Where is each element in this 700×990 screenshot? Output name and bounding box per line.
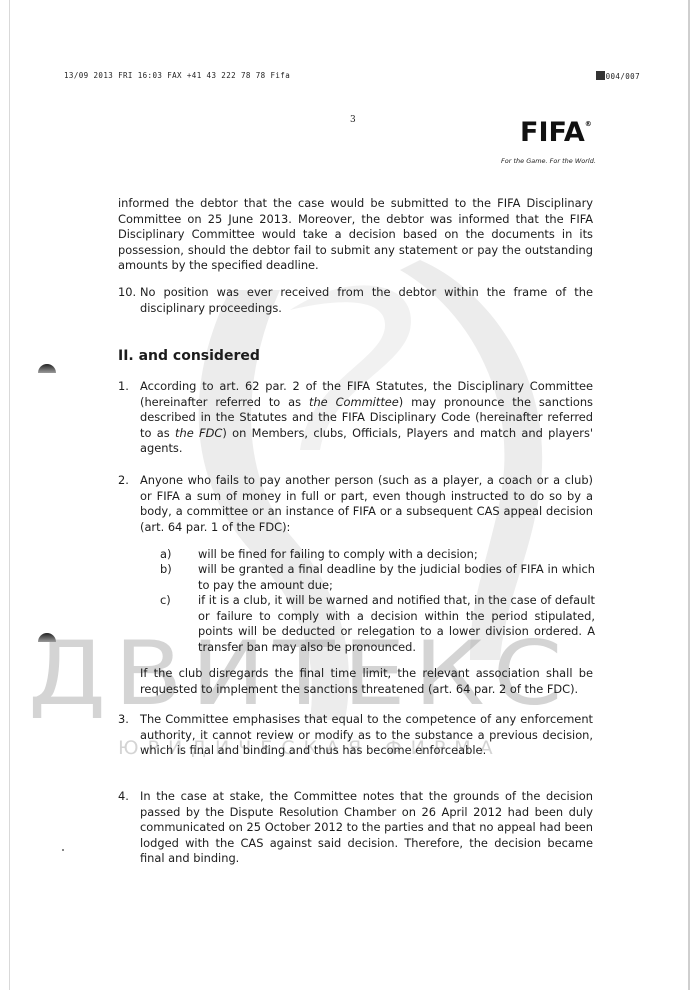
page-number: 3 [350, 115, 356, 125]
punch-hole-mark [38, 364, 56, 373]
continuation-paragraph: informed the debtor that the case would … [118, 196, 593, 274]
facts-item-10: 10. No position was ever received from t… [140, 285, 593, 316]
scan-edge-left [9, 0, 10, 990]
fax-page-icon [596, 71, 605, 80]
consideration-2-closing: If the club disregards the final time li… [140, 666, 593, 697]
sub-item-b: b) will be granted a final deadline by t… [160, 562, 595, 593]
fifa-tagline: For the Game. For the World. [501, 157, 596, 165]
consideration-3: 3. The Committee emphasises that equal t… [140, 712, 593, 759]
punch-hole-mark [38, 633, 56, 642]
fax-header: 13/09 2013 FRI 16:03 FAX +41 43 222 78 7… [64, 71, 640, 81]
fax-page-counter: 004/007 [596, 71, 640, 81]
fax-transmission-info: 13/09 2013 FRI 16:03 FAX +41 43 222 78 7… [64, 71, 290, 81]
consideration-4: 4. In the case at stake, the Committee n… [140, 789, 593, 867]
consideration-2: 2. Anyone who fails to pay another perso… [140, 473, 593, 535]
scan-edge-right [688, 0, 690, 990]
scan-speck [62, 849, 64, 851]
sub-item-a: a) will be fined for failing to comply w… [160, 547, 595, 563]
consideration-1: 1. According to art. 62 par. 2 of the FI… [140, 379, 593, 457]
sub-item-c: c) if it is a club, it will be warned an… [160, 593, 595, 655]
section-heading: II. and considered [118, 348, 260, 364]
fifa-logo: FIFA® [520, 117, 592, 148]
